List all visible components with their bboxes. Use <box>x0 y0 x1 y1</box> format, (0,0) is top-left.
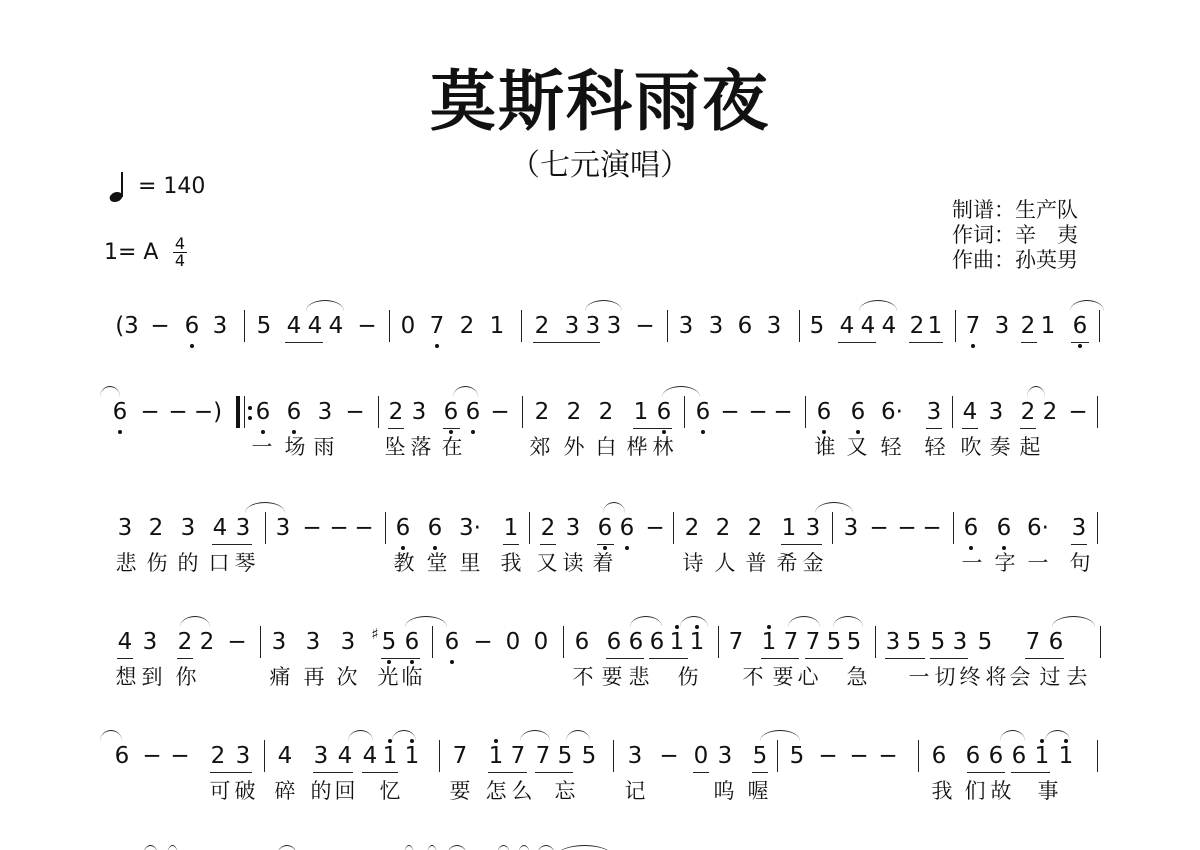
lyric-char: 碎 <box>275 778 296 804</box>
tie-slur <box>537 845 555 850</box>
note: 2 <box>748 514 763 542</box>
note: 6 <box>650 628 665 656</box>
lyric-char: 金 <box>803 550 824 576</box>
note: 2 <box>178 628 193 656</box>
note: 6 <box>598 514 613 542</box>
note: 2 <box>599 398 614 426</box>
note: 0 <box>506 628 521 656</box>
note: − <box>357 312 376 340</box>
tie-slur <box>557 845 612 850</box>
note: − <box>878 742 897 770</box>
barline <box>265 512 266 544</box>
note: 3· <box>459 514 481 542</box>
tie-slur <box>815 502 853 513</box>
eighth-underline <box>597 544 614 545</box>
lyric-char: 白 <box>596 434 617 460</box>
lyric-char: 切 <box>935 664 956 690</box>
tie-slur <box>100 730 122 741</box>
tie-slur <box>1000 730 1025 741</box>
eighth-underline <box>177 658 193 659</box>
barline <box>522 396 523 428</box>
note: 1 <box>490 312 505 340</box>
tie-slur <box>306 300 344 311</box>
note: 1 <box>782 514 797 542</box>
note: 3 <box>927 398 942 426</box>
note: − <box>922 514 941 542</box>
lyric-char: 过 <box>1040 664 1061 690</box>
note: 1 <box>405 742 420 770</box>
barline <box>805 396 806 428</box>
eighth-underline <box>285 342 323 343</box>
note: 3 <box>565 312 580 340</box>
barline <box>389 310 390 342</box>
note: 1 <box>383 742 398 770</box>
lyric-char: 一 <box>909 664 930 690</box>
tie-slur <box>1045 730 1070 741</box>
note: 6 <box>256 398 271 426</box>
note: 3 <box>118 514 133 542</box>
note: − <box>354 514 373 542</box>
tie-slur <box>662 386 700 397</box>
note: 3 <box>181 514 196 542</box>
eighth-underline <box>1011 772 1050 773</box>
barline <box>439 740 440 772</box>
note: 3 <box>989 398 1004 426</box>
note: 6 <box>997 514 1012 542</box>
eighth-underline <box>693 772 709 773</box>
tie-slur <box>497 845 510 850</box>
lyric-char: 事 <box>1038 778 1059 804</box>
barline <box>432 626 433 658</box>
note: −) <box>194 398 222 426</box>
credits: 制谱：生产队 作词：辛 夷 作曲：孙英男 <box>952 198 1078 273</box>
credit-composer: 作曲：孙英男 <box>952 248 1078 273</box>
barline <box>264 740 265 772</box>
barline <box>521 310 522 342</box>
note: 7 <box>784 628 799 656</box>
tie-slur <box>585 300 622 311</box>
note: 6 <box>1049 628 1064 656</box>
repeat-dot <box>248 406 252 410</box>
note: 5 <box>827 628 842 656</box>
note: 6 <box>851 398 866 426</box>
note: − <box>748 398 767 426</box>
note: 5 <box>558 742 573 770</box>
lyric-char: 堂 <box>427 550 448 576</box>
eighth-underline <box>838 342 876 343</box>
note: 3 <box>806 514 821 542</box>
note: 3 <box>318 398 333 426</box>
eighth-underline <box>488 772 527 773</box>
lyric-char: 怎 <box>486 778 507 804</box>
lyric-char: 去 <box>1067 664 1088 690</box>
note: − <box>1068 398 1087 426</box>
note: 6 <box>445 628 460 656</box>
repeat-thin-barline <box>244 396 245 428</box>
note: 7 <box>806 628 821 656</box>
lyric-char: 们 <box>965 778 986 804</box>
note: 5 <box>382 628 397 656</box>
lyric-char: 里 <box>460 550 481 576</box>
note: − <box>659 742 678 770</box>
lyric-char: 不 <box>573 664 594 690</box>
note: − <box>345 398 364 426</box>
note: 1 <box>690 628 705 656</box>
lyric-char: 急 <box>847 664 868 690</box>
note: 2 <box>149 514 164 542</box>
note: 2 <box>1021 398 1036 426</box>
lyric-char: 忘 <box>555 778 576 804</box>
eighth-underline <box>503 544 519 545</box>
note: 3 <box>718 742 733 770</box>
eighth-underline <box>649 658 688 659</box>
barline <box>667 310 668 342</box>
lyric-char: 一 <box>962 550 983 576</box>
barline <box>799 310 800 342</box>
note: 3 <box>953 628 968 656</box>
eighth-underline <box>1025 658 1064 659</box>
note: − <box>818 742 837 770</box>
note: 2 <box>460 312 475 340</box>
tempo-value: = 140 <box>138 174 205 199</box>
lyric-char: 要 <box>773 664 794 690</box>
lyric-char: 又 <box>537 550 558 576</box>
lyric-char: 破 <box>235 778 256 804</box>
lyric-char: 么 <box>512 778 533 804</box>
lower-octave-dot <box>1078 344 1082 348</box>
tie-slur <box>680 616 708 627</box>
lyric-char: 终 <box>960 664 981 690</box>
note: 6 <box>696 398 711 426</box>
lyric-char: 奏 <box>990 434 1011 460</box>
lyric-char: 悲 <box>629 664 650 690</box>
lyric-char: 希 <box>777 550 798 576</box>
note: 0 <box>534 628 549 656</box>
lyric-char: 轻 <box>925 434 946 460</box>
note: − <box>773 398 792 426</box>
note: 6 <box>629 628 644 656</box>
note: 6 <box>817 398 832 426</box>
lower-octave-dot <box>450 660 454 664</box>
lyric-char: 回 <box>335 778 356 804</box>
upper-octave-dot <box>675 625 679 629</box>
note: 6 <box>115 742 130 770</box>
note: 6 <box>444 398 459 426</box>
note: 1 <box>489 742 504 770</box>
note: 7 <box>430 312 445 340</box>
lyric-char: 临 <box>402 664 423 690</box>
eighth-underline <box>381 658 420 659</box>
note: 6 <box>428 514 443 542</box>
eighth-underline <box>362 772 398 773</box>
tie-slur <box>518 845 530 850</box>
barline <box>529 512 530 544</box>
barline <box>955 310 956 342</box>
eighth-underline <box>212 544 252 545</box>
note: 1 <box>1041 312 1056 340</box>
note: 6· <box>881 398 903 426</box>
barline <box>613 740 614 772</box>
lyric-char: 喔 <box>748 778 769 804</box>
lyric-char: 诗 <box>683 550 704 576</box>
upper-octave-dot <box>767 625 771 629</box>
tie-slur <box>277 845 297 850</box>
note: 6· <box>1027 514 1049 542</box>
note: 3 <box>679 312 694 340</box>
note: − <box>849 742 868 770</box>
lyric-char: 会 <box>1010 664 1031 690</box>
note: 3 <box>767 312 782 340</box>
lower-octave-dot <box>190 344 194 348</box>
note: 1 <box>762 628 777 656</box>
lyric-char: 忆 <box>380 778 401 804</box>
tie-slur <box>760 730 800 741</box>
tie-slur <box>603 502 625 513</box>
note: 4 <box>118 628 133 656</box>
note: 1 <box>504 514 519 542</box>
lyric-char: 郊 <box>530 434 551 460</box>
note: 2 <box>535 398 550 426</box>
note: 4 <box>338 742 353 770</box>
upper-octave-dot <box>1040 739 1044 743</box>
note: 4 <box>329 312 344 340</box>
note: 4 <box>861 312 876 340</box>
lyric-char: 故 <box>991 778 1012 804</box>
time-signature: 4 4 <box>172 236 188 269</box>
note: 3 <box>1072 514 1087 542</box>
lyric-char: 伤 <box>678 664 699 690</box>
lyric-char: 句 <box>1070 550 1091 576</box>
note: 7 <box>1026 628 1041 656</box>
tie-slur <box>566 730 590 741</box>
eighth-underline <box>313 772 353 773</box>
note: 2 <box>535 312 550 340</box>
time-signature-bottom: 4 <box>175 251 185 270</box>
note: 7 <box>966 312 981 340</box>
lyric-char: 外 <box>564 434 585 460</box>
tie-slur <box>100 386 120 397</box>
note: 4 <box>882 312 897 340</box>
lower-octave-dot <box>435 344 439 348</box>
tie-slur <box>453 386 478 397</box>
eighth-underline <box>443 428 460 429</box>
eighth-underline <box>540 544 556 545</box>
tie-slur <box>143 845 158 850</box>
barline <box>918 740 919 772</box>
lyric-char: 到 <box>142 664 163 690</box>
eighth-underline <box>1071 342 1089 343</box>
note: 5 <box>790 742 805 770</box>
barline <box>563 626 564 658</box>
note: 2 <box>541 514 556 542</box>
lyric-char: 次 <box>337 664 358 690</box>
eighth-underline <box>117 658 133 659</box>
lyric-char: 的 <box>178 550 199 576</box>
note: 1 <box>634 398 649 426</box>
note: 2 <box>910 312 925 340</box>
barline <box>952 396 953 428</box>
repeat-start-barline <box>236 396 240 428</box>
lyric-char: 将 <box>986 664 1007 690</box>
note: 3 <box>709 312 724 340</box>
lyric-char: 光 <box>378 664 399 690</box>
eighth-underline <box>535 772 573 773</box>
barline <box>684 396 685 428</box>
lyric-char: 不 <box>743 664 764 690</box>
note: 4 <box>308 312 323 340</box>
note: 3 <box>341 628 356 656</box>
note: − <box>329 514 348 542</box>
lyric-char: 你 <box>176 664 197 690</box>
note: 1 <box>1035 742 1050 770</box>
lower-octave-dot <box>971 344 975 348</box>
lyric-char: 字 <box>995 550 1016 576</box>
tie-slur <box>520 730 550 741</box>
eighth-underline <box>533 342 600 343</box>
lyric-char: 要 <box>602 664 623 690</box>
lyric-char: 再 <box>304 664 325 690</box>
note: 3 <box>586 312 601 340</box>
tie-slur <box>245 502 285 513</box>
note: 5 <box>582 742 597 770</box>
credit-lyricist: 作词：辛 夷 <box>952 223 1078 248</box>
note: 5 <box>810 312 825 340</box>
lyric-char: 我 <box>932 778 953 804</box>
tie-slur <box>859 300 897 311</box>
note: 3 <box>236 514 251 542</box>
note: 2 <box>389 398 404 426</box>
eighth-underline <box>909 342 943 343</box>
note: 4 <box>363 742 378 770</box>
note: 2 <box>1021 312 1036 340</box>
note: 6 <box>1073 312 1088 340</box>
note: 3 <box>886 628 901 656</box>
tie-slur <box>833 616 863 627</box>
note: 2 <box>200 628 215 656</box>
lyric-char: 想 <box>116 664 137 690</box>
note: 3 <box>995 312 1010 340</box>
note: − <box>170 742 189 770</box>
barline <box>378 396 379 428</box>
note: 3 <box>213 312 228 340</box>
lyric-char: 轻 <box>881 434 902 460</box>
eighth-underline <box>805 658 843 659</box>
note: − <box>635 312 654 340</box>
lyric-char: 落 <box>411 434 432 460</box>
eighth-underline <box>1020 428 1036 429</box>
barline <box>875 626 876 658</box>
tie-slur <box>180 616 210 627</box>
note: 3 <box>566 514 581 542</box>
tie-slur <box>788 616 820 627</box>
note: 6 <box>113 398 128 426</box>
note: 4 <box>213 514 228 542</box>
note: 5 <box>907 628 922 656</box>
note: 6 <box>396 514 411 542</box>
lyric-char: 心 <box>798 664 819 690</box>
lyric-char: 可 <box>210 778 231 804</box>
note: 5 <box>847 628 862 656</box>
note: 1 <box>1059 742 1074 770</box>
lower-octave-dot <box>625 546 629 550</box>
note: 3 <box>844 514 859 542</box>
tie-slur <box>348 730 373 741</box>
note: 2 <box>716 514 731 542</box>
note: 6 <box>657 398 672 426</box>
note: 6 <box>287 398 302 426</box>
barline <box>953 512 954 544</box>
key-signature: 1= A <box>104 240 158 265</box>
note: 6 <box>405 628 420 656</box>
eighth-underline <box>930 658 968 659</box>
sharp-accidental: ♯ <box>371 620 378 648</box>
note: − <box>645 514 664 542</box>
note: 4 <box>287 312 302 340</box>
note: − <box>302 514 321 542</box>
lyric-char: 的 <box>311 778 332 804</box>
note: 2 <box>567 398 582 426</box>
note: 3 <box>306 628 321 656</box>
note: − <box>473 628 492 656</box>
note: 6 <box>620 514 635 542</box>
eighth-underline <box>962 428 978 429</box>
note: 1 <box>670 628 685 656</box>
note: 0 <box>694 742 709 770</box>
note: 5 <box>753 742 768 770</box>
note: 2 <box>1043 398 1058 426</box>
note: 6 <box>932 742 947 770</box>
eighth-underline <box>967 772 1005 773</box>
tie-slur <box>427 845 437 850</box>
eighth-underline <box>606 658 644 659</box>
lyric-char: 悲 <box>116 550 137 576</box>
lyric-char: 林 <box>653 434 674 460</box>
note: 4 <box>963 398 978 426</box>
note: 6 <box>575 628 590 656</box>
note: 7 <box>536 742 551 770</box>
note: 1 <box>928 312 943 340</box>
note: 2 <box>211 742 226 770</box>
song-title: 莫斯科雨夜 <box>0 62 1200 142</box>
lyric-char: 口 <box>209 550 230 576</box>
note: 3 <box>607 312 622 340</box>
note: 7 <box>511 742 526 770</box>
tie-slur <box>630 616 662 627</box>
tie-slur <box>447 845 467 850</box>
lyric-char: 琴 <box>235 550 256 576</box>
eighth-underline <box>388 428 404 429</box>
lyric-char: 起 <box>1020 434 1041 460</box>
barline <box>832 512 833 544</box>
eighth-underline <box>1021 342 1037 343</box>
tie-slur <box>404 845 414 850</box>
eighth-underline <box>210 772 252 773</box>
credit-transcriber: 制谱：生产队 <box>952 198 1078 223</box>
eighth-underline <box>1071 544 1087 545</box>
note: 4 <box>840 312 855 340</box>
eighth-underline <box>781 544 822 545</box>
note: − <box>168 398 187 426</box>
barline <box>385 512 386 544</box>
note: 6 <box>607 628 622 656</box>
note: 7 <box>729 628 744 656</box>
note: 3 <box>236 742 251 770</box>
note: − <box>720 398 739 426</box>
lyric-char: 吹 <box>961 434 982 460</box>
barline <box>777 740 778 772</box>
note: (3 <box>115 312 139 340</box>
note: 3 <box>276 514 291 542</box>
